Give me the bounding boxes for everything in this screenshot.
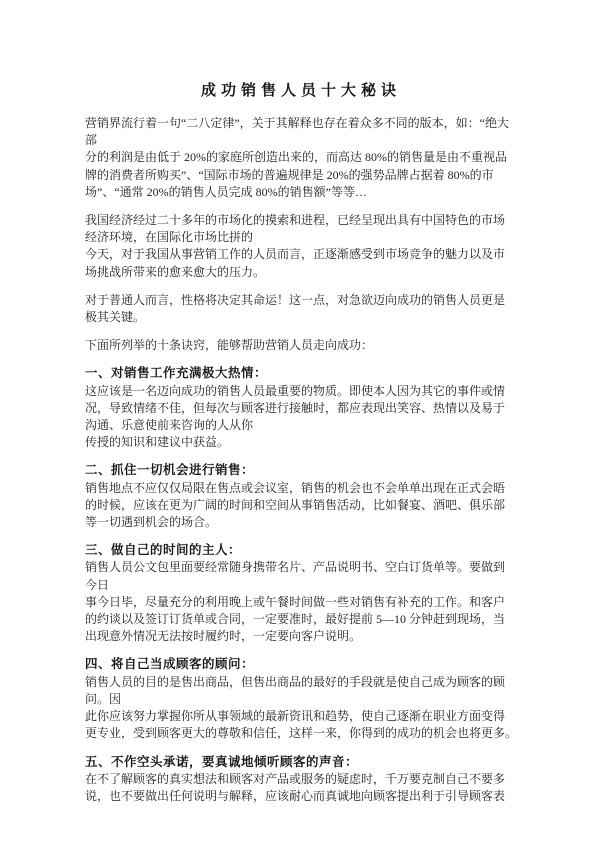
section-1-heading: 一、对销售工作充满极大热情：: [85, 365, 517, 382]
section-2-body: 销售地点不应仅仅局限在售点或会议室，销售的机会也不会单单出现在正式会晤 的时候，…: [85, 480, 517, 532]
section-4-heading: 四、将自己当成顾客的顾问：: [85, 656, 517, 673]
document-page: 成功销售人员十大秘诀 营销界流行着一句“二八定律”，关于其解释也存在着众多不同的…: [0, 0, 595, 842]
section-5-body: 在不了解顾客的真实想法和顾客对产品或服务的疑虑时，千万要克制自己不要多 说，也不…: [85, 771, 517, 805]
section-4-body: 销售人员的目的是售出商品，但售出商品的最好的手段就是使自己成为顾客的顾问。因 此…: [85, 674, 517, 743]
section-4: 四、将自己当成顾客的顾问： 销售人员的目的是售出商品，但售出商品的最好的手段就是…: [85, 656, 517, 742]
section-3: 三、做自己的时间的主人： 销售人员公文包里面要经常随身携带名片、产品说明书、空白…: [85, 542, 517, 645]
section-2: 二、抓住一切机会进行销售： 销售地点不应仅仅局限在售点或会议室，销售的机会也不会…: [85, 462, 517, 531]
intro-paragraph-2: 我国经济经过二十多年的市场化的摸索和进程，已经呈现出具有中国特色的市场 经济环境…: [85, 212, 517, 281]
section-1-body: 这应该是一名迈向成功的销售人员最重要的物质。即使本人因为其它的事件或情 况，导致…: [85, 383, 517, 452]
section-5: 五、不作空头承诺，要真诚地倾听顾客的声音： 在不了解顾客的真实想法和顾客对产品或…: [85, 754, 517, 806]
intro-paragraph-1: 营销界流行着一句“二八定律”，关于其解释也存在着众多不同的版本，如：“绝大部 分…: [85, 115, 517, 201]
document-title: 成功销售人员十大秘诀: [85, 82, 517, 100]
section-1: 一、对销售工作充满极大热情： 这应该是一名迈向成功的销售人员最重要的物质。即使本…: [85, 365, 517, 451]
section-2-heading: 二、抓住一切机会进行销售：: [85, 462, 517, 479]
intro-paragraph-4: 下面所列举的十条诀窍，能够帮助营销人员走向成功：: [85, 337, 517, 354]
section-3-body: 销售人员公文包里面要经常随身携带名片、产品说明书、空白订货单等。要做到 今日 事…: [85, 559, 517, 645]
section-3-heading: 三、做自己的时间的主人：: [85, 542, 517, 559]
section-5-heading: 五、不作空头承诺，要真诚地倾听顾客的声音：: [85, 754, 517, 771]
intro-paragraph-3: 对于普通人而言，性格将决定其命运！这一点，对急欲迈向成功的销售人员更是 极其关键…: [85, 292, 517, 326]
